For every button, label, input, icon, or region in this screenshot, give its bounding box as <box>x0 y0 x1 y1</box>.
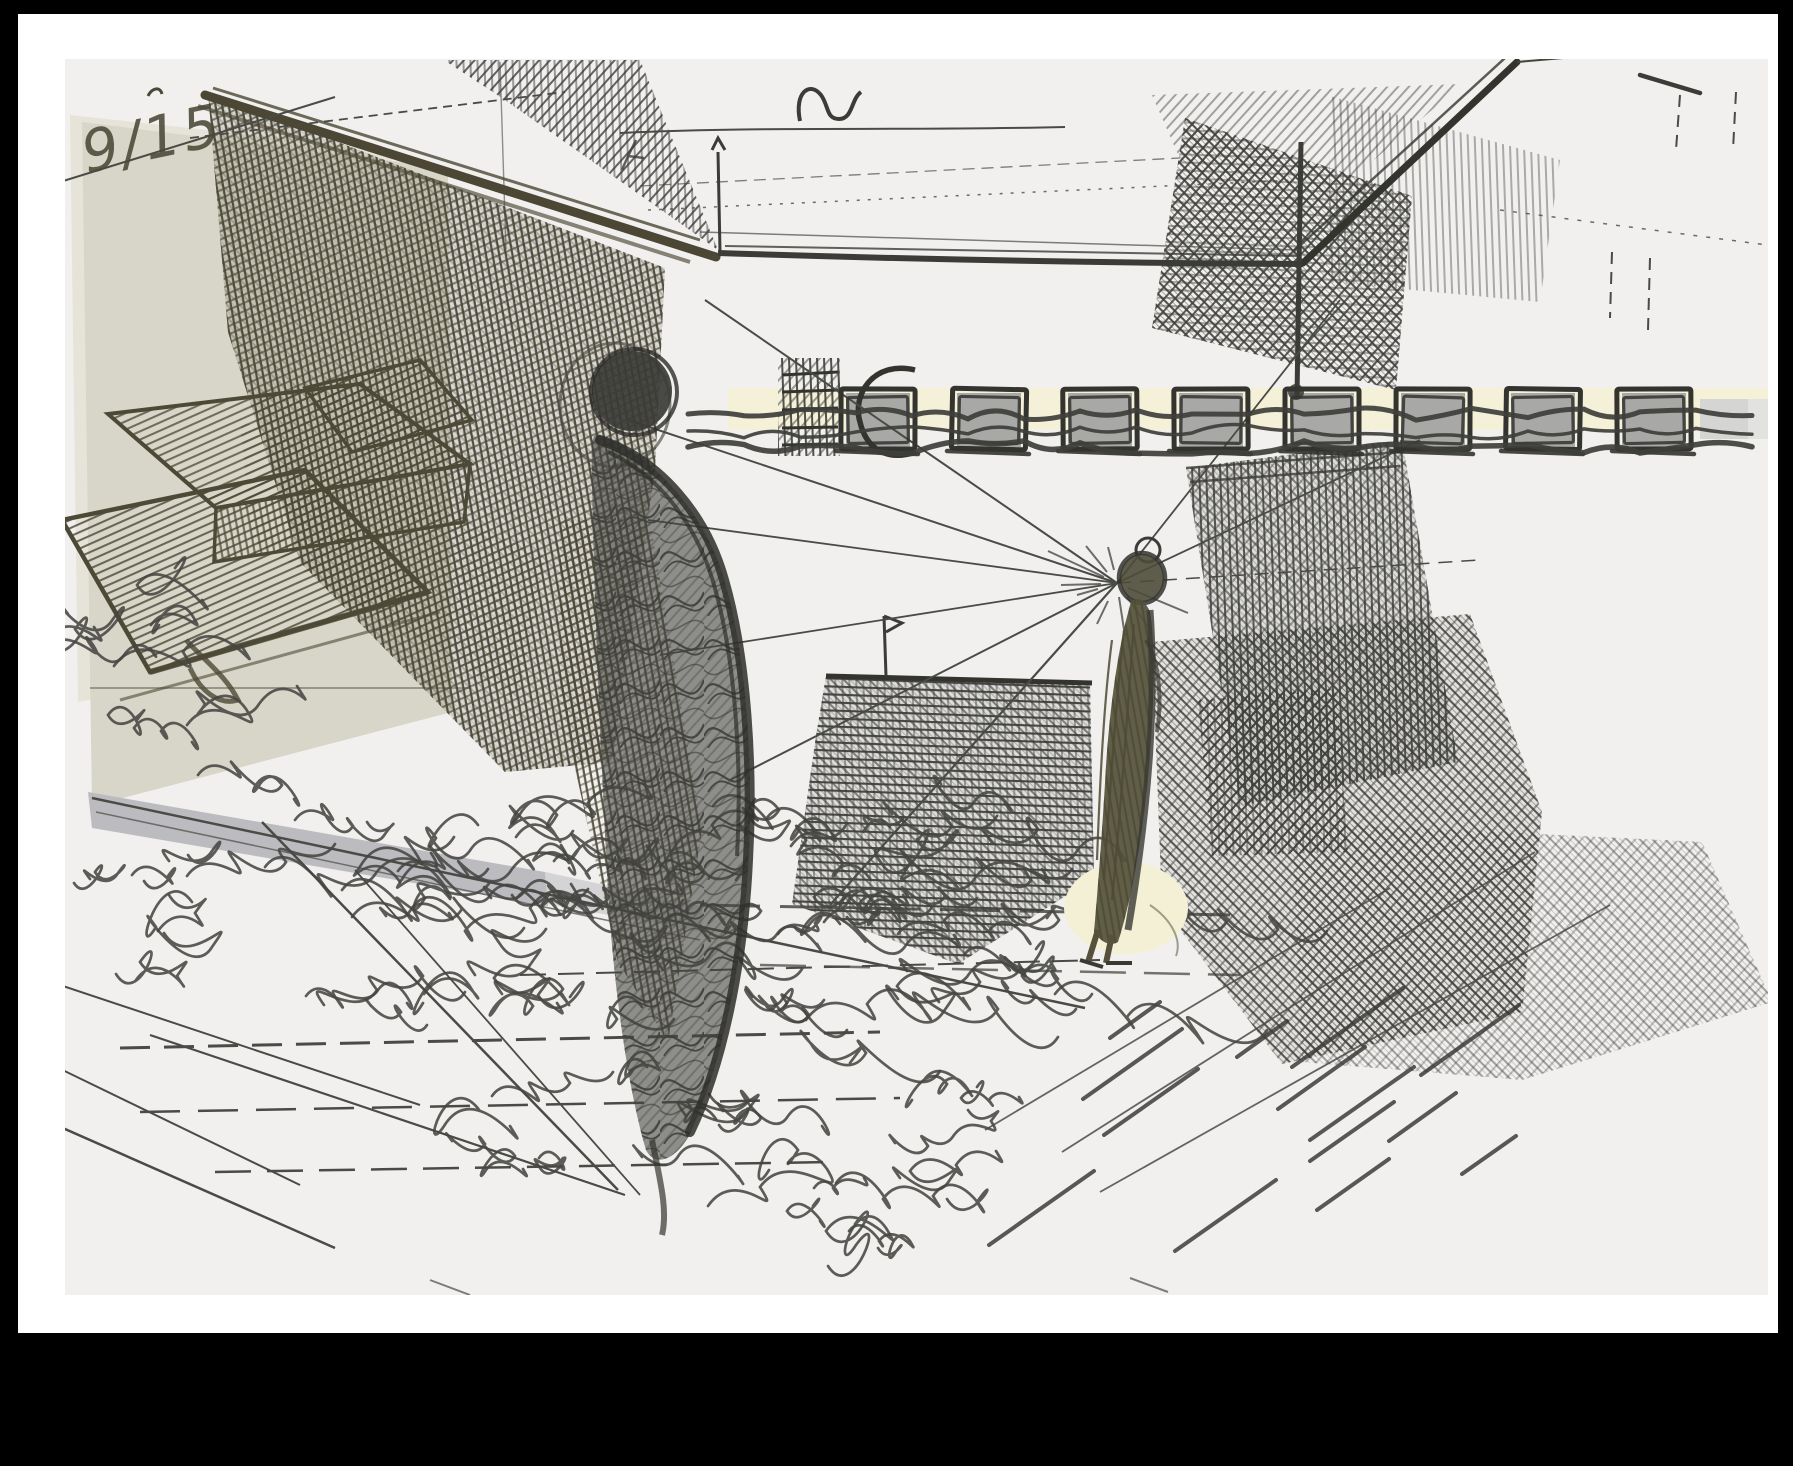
clerestory-square <box>1179 393 1243 447</box>
clerestory-square <box>1511 393 1575 447</box>
clerestory-square <box>1622 393 1686 447</box>
square-underline <box>947 451 1029 454</box>
clerestory-row <box>846 393 1793 447</box>
starburst-tick <box>1061 584 1101 585</box>
sketch-image: 9/15 <box>0 0 1793 1466</box>
clerestory-square <box>1290 393 1354 447</box>
clerestory-square <box>1068 393 1132 447</box>
artwork-viewer: 9/15 <box>0 0 1793 1466</box>
square-underline <box>1280 451 1362 454</box>
